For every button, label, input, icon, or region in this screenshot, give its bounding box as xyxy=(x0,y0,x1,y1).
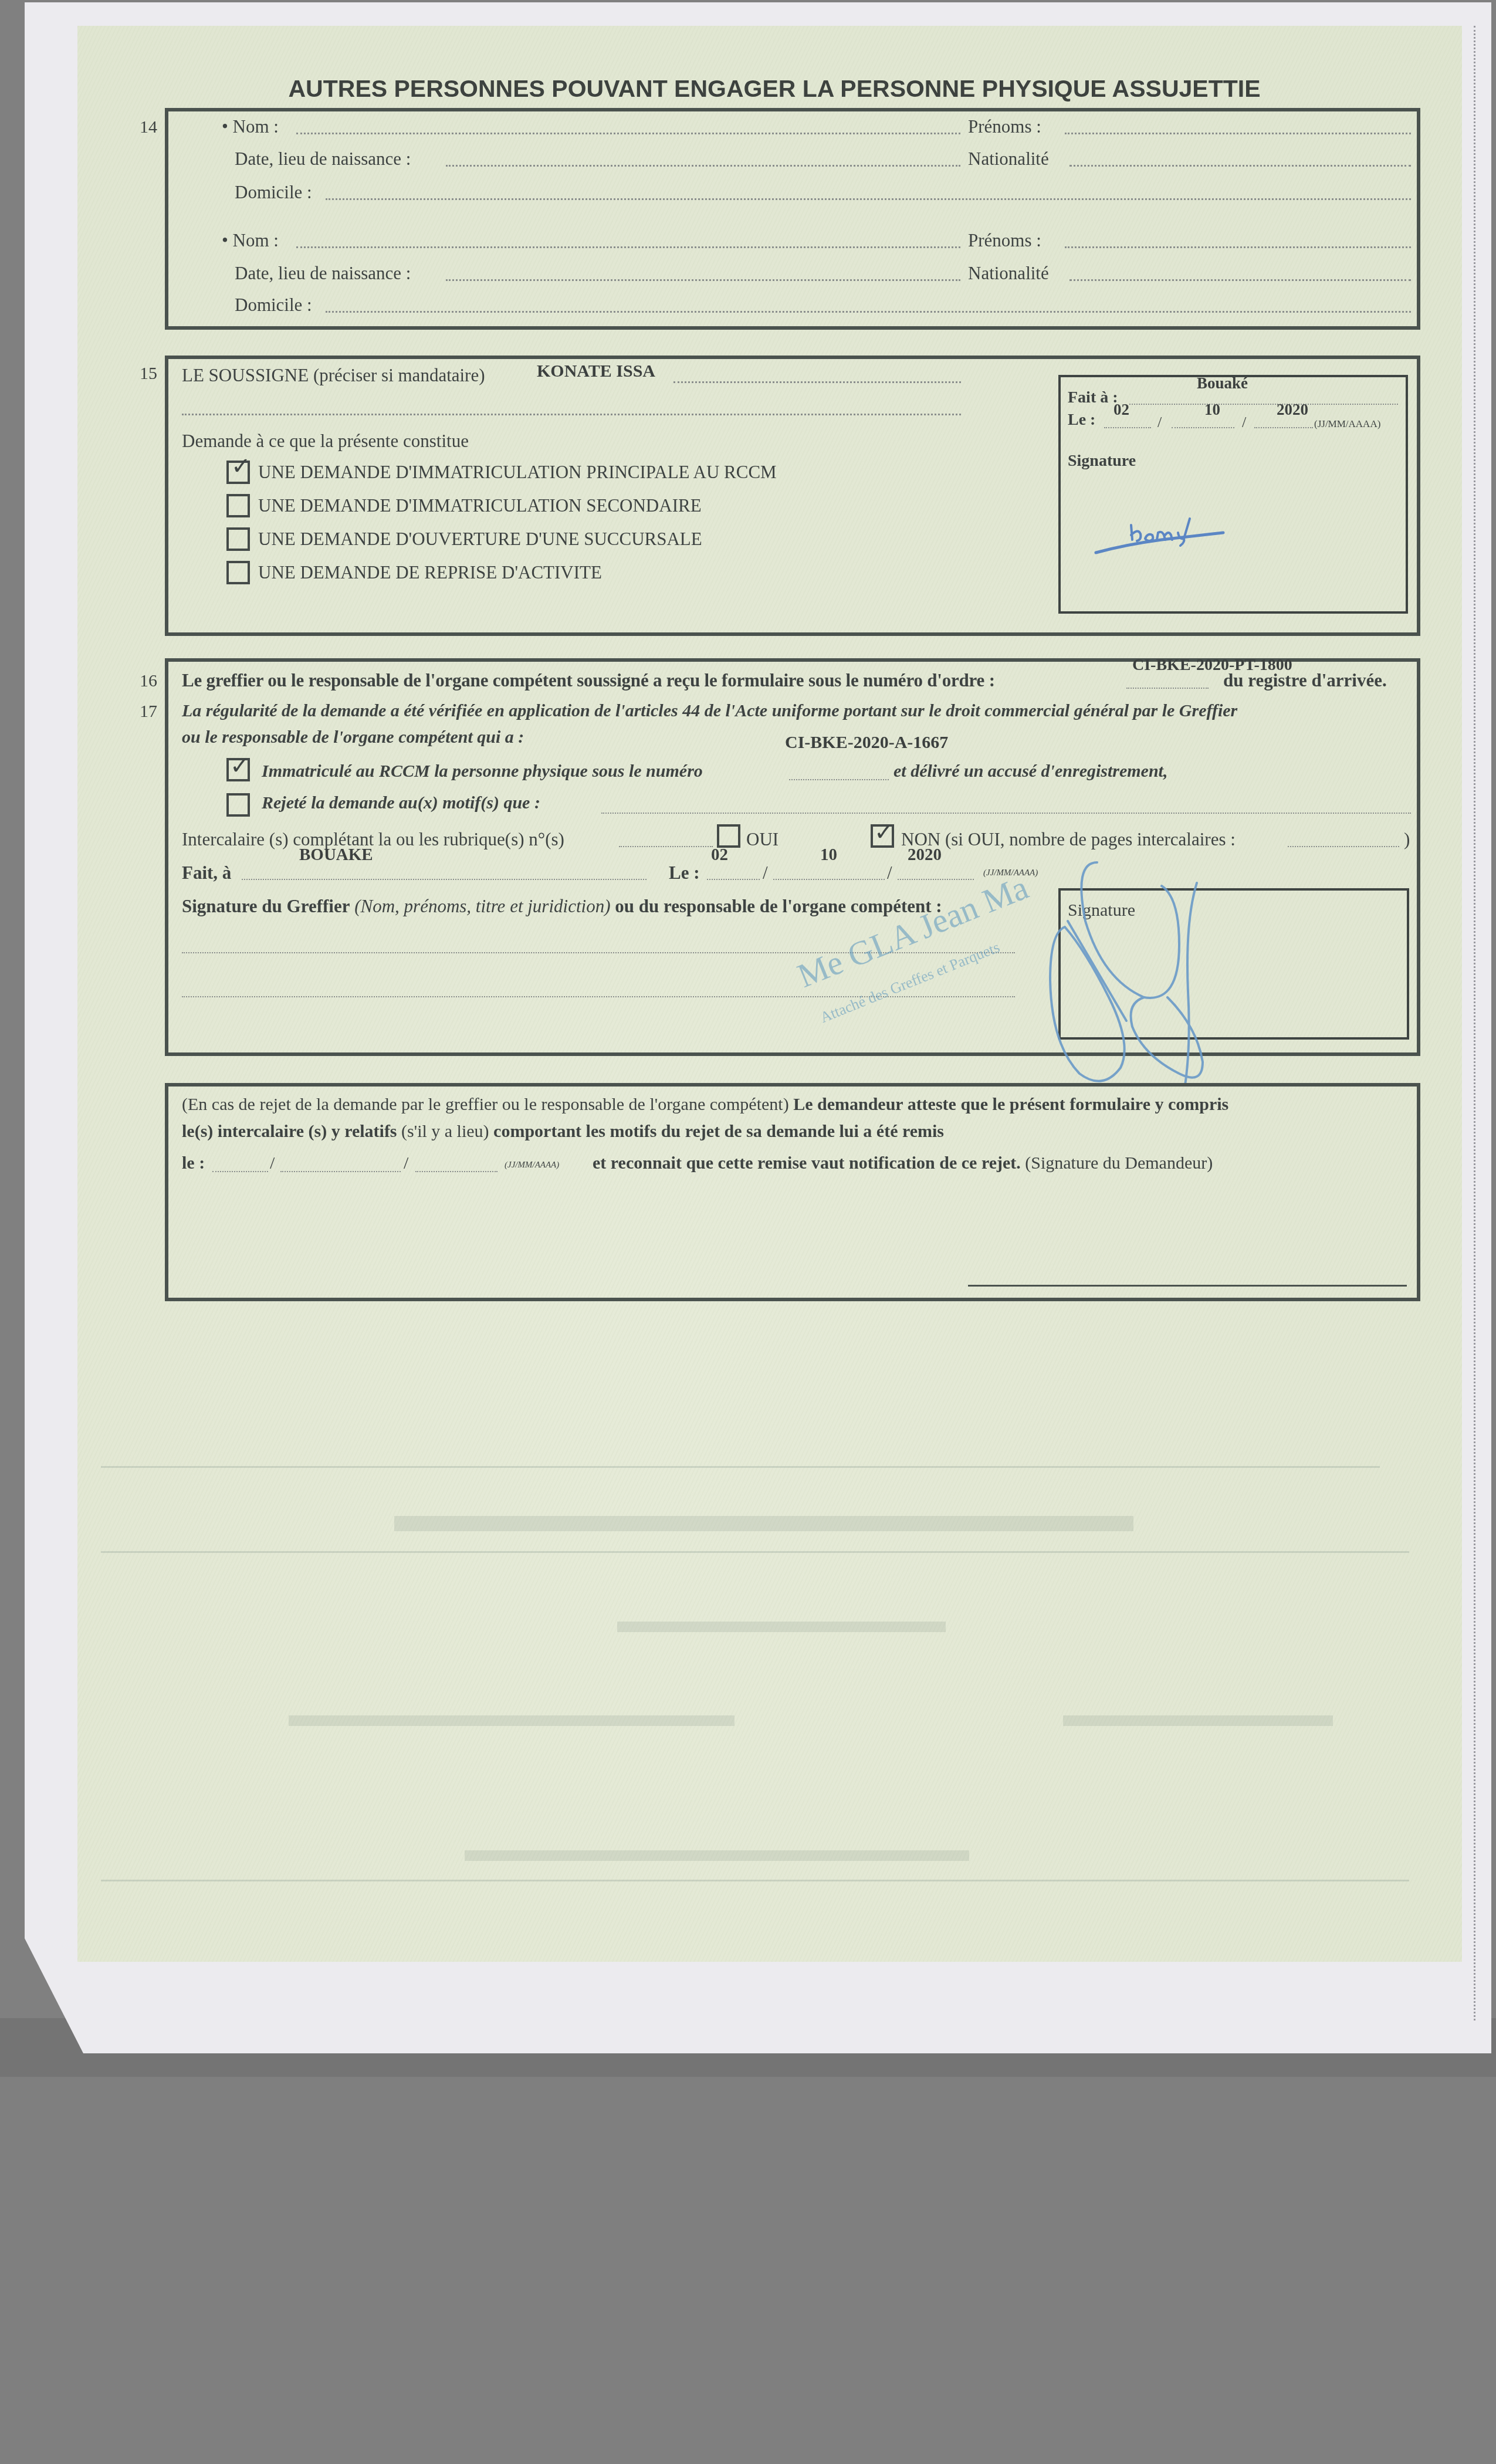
rejection-line1: (En cas de rejet de la demande par le gr… xyxy=(182,1095,1228,1115)
person2-nationalite-label: Nationalité xyxy=(968,263,1049,284)
soussigne-field-line2[interactable] xyxy=(182,414,961,415)
date-slash: / xyxy=(763,862,768,884)
rejection-box xyxy=(165,1083,1420,1301)
date-month-field[interactable] xyxy=(1172,427,1234,428)
show-through-line xyxy=(101,1466,1380,1468)
show-through-line xyxy=(101,1880,1409,1881)
signature-label: Signature xyxy=(1068,452,1136,471)
rejection-tail: et reconnait que cette remise vaut notif… xyxy=(593,1153,1213,1173)
person2-prenoms-label: Prénoms : xyxy=(968,230,1041,251)
date-day[interactable]: 02 xyxy=(1113,401,1129,419)
person1-nationalite-label: Nationalité xyxy=(968,148,1049,170)
nom-label: Nom : xyxy=(233,116,279,137)
bullet: • xyxy=(222,230,228,251)
person1-prenoms-field[interactable] xyxy=(1065,133,1411,134)
section-number-14: 14 xyxy=(140,117,157,137)
date-month-field-greffier[interactable] xyxy=(773,879,885,880)
section-number-17: 17 xyxy=(140,702,157,722)
date-slash: / xyxy=(1157,414,1162,431)
demande-label: Demande à ce que la présente constitue xyxy=(182,431,469,452)
fait-a-field-greffier[interactable] xyxy=(242,879,647,880)
date-year-field[interactable] xyxy=(1254,427,1313,428)
applicant-signature-scribble xyxy=(1091,522,1232,587)
date-year-greffier[interactable]: 2020 xyxy=(908,845,942,865)
rejection-signature-hint: (Signature du Demandeur) xyxy=(1025,1153,1213,1173)
person1-nom-field[interactable] xyxy=(296,133,960,134)
section-17-text-line2: ou le responsable de l'organe compétent … xyxy=(182,727,524,747)
fait-a-value[interactable]: Bouaké xyxy=(1197,374,1248,392)
date-month-greffier[interactable]: 10 xyxy=(820,845,837,865)
rejection-line1-context: (En cas de rejet de la demande par le gr… xyxy=(182,1095,789,1114)
person2-nationalite-field[interactable] xyxy=(1069,279,1411,281)
show-through-text xyxy=(394,1516,1133,1531)
soussigne-label: LE SOUSSIGNE (préciser si mandataire) xyxy=(182,365,485,386)
fait-a-label-greffier: Fait, à xyxy=(182,862,231,884)
person2-domicile-label: Domicile : xyxy=(235,295,312,316)
show-through-text xyxy=(617,1622,946,1632)
person1-nationalite-field[interactable] xyxy=(1069,165,1411,167)
rejection-line2: le(s) intercalaire (s) y relatifs (s'il … xyxy=(182,1122,944,1142)
le-label: Le : xyxy=(1068,411,1095,429)
checkbox-immatricule[interactable]: ✓ xyxy=(226,758,250,781)
section-number-15: 15 xyxy=(140,364,157,384)
person2-nom-field[interactable] xyxy=(296,246,960,248)
option-immatriculation-principale-label: UNE DEMANDE D'IMMATRICULATION PRINCIPALE… xyxy=(258,462,777,483)
rejection-line2-paren: (s'il y a lieu) xyxy=(401,1122,489,1141)
intercalaire-rubriques-field[interactable] xyxy=(619,846,713,847)
signature-greffier-italic: (Nom, prénoms, titre et juridiction) xyxy=(354,896,610,916)
date-slash: / xyxy=(404,1153,408,1173)
signature-greffier-bold: Signature du Greffier xyxy=(182,896,350,916)
date-day-field[interactable] xyxy=(1104,427,1151,428)
checkbox-immatriculation-principale[interactable]: ✓ xyxy=(226,461,250,484)
section-17-text-line1: La régularité de la demande a été vérifi… xyxy=(182,701,1237,721)
signature-greffier-tail: ou du responsable de l'organe compétent … xyxy=(615,896,942,916)
soussigne-value[interactable]: KONATE ISSA xyxy=(537,361,655,381)
immatricule-numero-field[interactable] xyxy=(789,779,889,780)
intercalaire-label: Intercalaire (s) complétant la ou les ru… xyxy=(182,829,564,850)
signature-greffier-label: Signature du Greffier (Nom, prénoms, tit… xyxy=(182,896,942,917)
applicant-signature-line[interactable] xyxy=(968,1285,1407,1287)
date-year[interactable]: 2020 xyxy=(1277,401,1308,419)
soussigne-field[interactable] xyxy=(673,381,961,383)
section-14-box xyxy=(165,108,1420,330)
date-slash: / xyxy=(270,1153,275,1173)
oui-label: OUI xyxy=(746,829,779,850)
numero-ordre-field[interactable] xyxy=(1126,688,1209,689)
date-format-hint: (JJ/MM/AAAA) xyxy=(1314,418,1380,430)
nom-label: Nom : xyxy=(233,230,279,251)
date-slash: / xyxy=(887,862,892,884)
rejection-le-label: le : xyxy=(182,1153,205,1173)
person2-prenoms-field[interactable] xyxy=(1065,246,1411,248)
checkbox-reprise-activite[interactable] xyxy=(226,561,250,584)
fait-a-value-greffier[interactable]: BOUAKE xyxy=(299,845,373,865)
show-through-text xyxy=(465,1850,969,1861)
rejection-line1-attest: Le demandeur atteste que le présent form… xyxy=(793,1095,1228,1114)
immatricule-suffix: et délivré un accusé d'enregistrement, xyxy=(893,761,1167,781)
date-month[interactable]: 10 xyxy=(1204,401,1220,419)
immatricule-label: Immatriculé au RCCM la personne physique… xyxy=(262,761,703,781)
date-slash: / xyxy=(1242,414,1246,431)
rejete-label: Rejeté la demande au(x) motif(s) que : xyxy=(262,793,540,813)
scanner-background xyxy=(0,2077,1496,2464)
bullet: • xyxy=(222,116,228,137)
section-16-text: Le greffier ou le responsable de l'organ… xyxy=(182,670,995,691)
person1-naissance-label: Date, lieu de naissance : xyxy=(235,148,411,170)
pages-intercalaires-field[interactable] xyxy=(1288,846,1399,847)
non-label: NON (si OUI, nombre de pages intercalair… xyxy=(901,829,1236,850)
registre-suffix: du registre d'arrivée. xyxy=(1223,670,1387,691)
rejection-line2-b: comportant les motifs du rejet de sa dem… xyxy=(493,1122,944,1141)
check-icon: ✓ xyxy=(231,455,251,478)
person1-domicile-label: Domicile : xyxy=(235,182,312,203)
rejection-notification-text: et reconnait que cette remise vaut notif… xyxy=(593,1153,1021,1173)
date-day-greffier[interactable]: 02 xyxy=(711,845,728,865)
check-icon: ✓ xyxy=(874,821,894,844)
option-reprise-activite-label: UNE DEMANDE DE REPRISE D'ACTIVITE xyxy=(258,562,602,583)
le-label-greffier: Le : xyxy=(669,862,700,884)
show-through-text xyxy=(289,1715,735,1726)
rejection-line2-a: le(s) intercalaire (s) y relatifs xyxy=(182,1122,397,1141)
person2-domicile-field[interactable] xyxy=(326,311,1411,313)
section-number-16: 16 xyxy=(140,671,157,691)
person1-domicile-field[interactable] xyxy=(326,198,1411,200)
person2-naissance-label: Date, lieu de naissance : xyxy=(235,263,411,284)
page-title: AUTRES PERSONNES POUVANT ENGAGER LA PERS… xyxy=(0,75,1496,103)
rejete-motif-field[interactable] xyxy=(601,813,1411,814)
close-paren: ) xyxy=(1404,829,1410,850)
person1-prenoms-label: Prénoms : xyxy=(968,116,1041,137)
date-day-field-greffier[interactable] xyxy=(707,879,760,880)
rejection-date-year-field[interactable] xyxy=(415,1171,497,1172)
checkbox-rejete[interactable] xyxy=(226,793,250,817)
check-icon: ✓ xyxy=(230,754,250,778)
checkbox-ouverture-succursale[interactable] xyxy=(226,527,250,551)
show-through-line xyxy=(101,1551,1409,1553)
option-immatriculation-secondaire-label: UNE DEMANDE D'IMMATRICULATION SECONDAIRE xyxy=(258,495,702,516)
show-through-text xyxy=(1063,1715,1333,1726)
rejection-date-day-field[interactable] xyxy=(212,1171,268,1172)
fait-a-label: Fait à : xyxy=(1068,388,1118,407)
date-year-field-greffier[interactable] xyxy=(898,879,974,880)
greffier-signature-scribble xyxy=(1009,851,1255,1091)
rejection-date-format-hint: (JJ/MM/AAAA) xyxy=(505,1160,559,1170)
person1-naissance-field[interactable] xyxy=(446,165,960,167)
checkbox-immatriculation-secondaire[interactable] xyxy=(226,494,250,517)
checkbox-oui[interactable] xyxy=(717,824,740,848)
rejection-date-month-field[interactable] xyxy=(280,1171,401,1172)
option-ouverture-succursale-label: UNE DEMANDE D'OUVERTURE D'UNE SUCCURSALE xyxy=(258,529,702,550)
rccm-number-value[interactable]: CI-BKE-2020-A-1667 xyxy=(785,733,948,753)
person2-naissance-field[interactable] xyxy=(446,279,960,281)
checkbox-non[interactable]: ✓ xyxy=(871,824,894,848)
perforation-line xyxy=(1474,26,1475,2020)
fait-a-field[interactable] xyxy=(1129,404,1398,405)
person2-nom-label: • Nom : xyxy=(222,230,279,251)
person1-nom-label: • Nom : xyxy=(222,116,279,137)
